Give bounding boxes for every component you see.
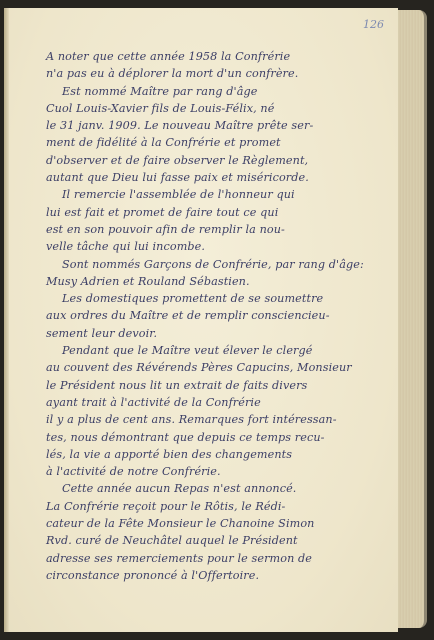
text-line: est en son pouvoir afin de remplir la no…	[46, 221, 396, 238]
text-line: Rvd. curé de Neuchâtel auquel le Préside…	[46, 532, 396, 549]
text-line: au couvent des Révérends Pères Capucins,…	[46, 359, 396, 376]
text-line: Il remercie l'assemblée de l'honneur qui	[46, 186, 396, 203]
text-line: velle tâche qui lui incombe.	[46, 238, 396, 255]
book-page-edges	[394, 10, 427, 628]
text-line: ayant trait à l'activité de la Confrérie	[46, 394, 396, 411]
text-line: lui est fait et promet de faire tout ce …	[46, 204, 396, 221]
text-line: Cuol Louis-Xavier fils de Louis-Félix, n…	[46, 100, 396, 117]
text-line: circonstance prononcé à l'Offertoire.	[46, 567, 396, 584]
ledger-page: 126 A noter que cette année 1958 la Conf…	[4, 8, 398, 632]
text-line: A noter que cette année 1958 la Confréri…	[46, 48, 396, 65]
text-line: à l'activité de notre Confrérie.	[46, 463, 396, 480]
text-line: Cette année aucun Repas n'est annoncé.	[46, 480, 396, 497]
text-line: il y a plus de cent ans. Remarques fort …	[46, 411, 396, 428]
text-line: Musy Adrien et Rouland Sébastien.	[46, 273, 396, 290]
text-line: le 31 janv. 1909. Le nouveau Maître prêt…	[46, 117, 396, 134]
text-line: sement leur devoir.	[46, 325, 396, 342]
text-line: d'observer et de faire observer le Règle…	[46, 152, 396, 169]
text-line: n'a pas eu à déplorer la mort d'un confr…	[46, 65, 396, 82]
text-line: le Président nous lit un extrait de fait…	[46, 377, 396, 394]
text-line: autant que Dieu lui fasse paix et miséri…	[46, 169, 396, 186]
text-line: tes, nous démontrant que depuis ce temps…	[46, 429, 396, 446]
text-line: aux ordres du Maître et de remplir consc…	[46, 307, 396, 324]
text-line: Est nommé Maître par rang d'âge	[46, 83, 396, 100]
text-line: Pendant que le Maître veut élever le cle…	[46, 342, 396, 359]
scan-background: 126 A noter que cette année 1958 la Conf…	[0, 0, 434, 640]
text-line: La Confrérie reçoit pour le Rôtis, le Ré…	[46, 498, 396, 515]
text-line: ment de fidélité à la Confrérie et prome…	[46, 134, 396, 151]
text-line: lés, la vie a apporté bien des changemen…	[46, 446, 396, 463]
text-line: adresse ses remerciements pour le sermon…	[46, 550, 396, 567]
text-line: Sont nommés Garçons de Confrérie, par ra…	[46, 256, 396, 273]
text-line: Les domestiques promettent de se soumett…	[46, 290, 396, 307]
text-line: cateur de la Fête Monsieur le Chanoine S…	[46, 515, 396, 532]
page-gutter	[4, 8, 9, 632]
page-number: 126	[363, 18, 384, 31]
handwritten-text: A noter que cette année 1958 la Confréri…	[46, 48, 396, 584]
